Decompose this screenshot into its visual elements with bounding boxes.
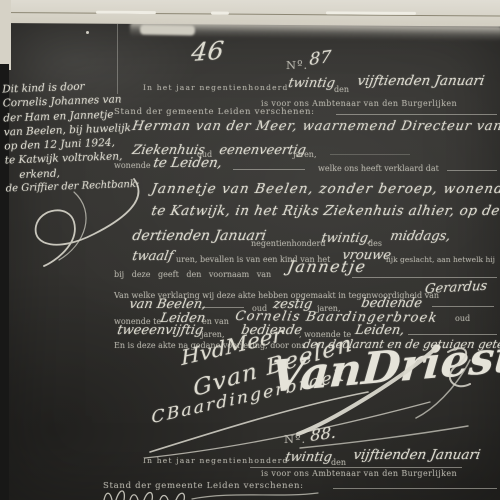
act1-stand-printed: Stand der gemeente Leiden verschenen: <box>114 107 315 117</box>
form-rule <box>233 169 305 170</box>
act1-wonende-printed: wonende <box>114 161 151 170</box>
act1-hour-hw: twaalf <box>131 249 174 264</box>
act1-den-printed: den <box>334 85 349 94</box>
act1-date-hw: vijftienden Januari <box>356 73 486 89</box>
form-rule <box>330 154 410 155</box>
act1-jaren-printed: jaren, <box>293 150 317 159</box>
form-rule <box>333 488 497 489</box>
act1-number-value: 87 <box>309 47 332 70</box>
act1-birthyear-hw: twintig, <box>320 231 373 246</box>
thread-glint <box>326 11 416 15</box>
form-rule <box>202 307 244 308</box>
thread-glint <box>96 11 156 14</box>
act2-number-value: 88. <box>310 423 337 445</box>
act1-year-printed: In het jaar negentienhonderd <box>143 83 289 92</box>
dust-speck <box>86 31 89 34</box>
cutoff-handwriting-strokes <box>100 489 340 500</box>
form-rule <box>447 170 497 171</box>
form-rule <box>336 114 497 115</box>
paper-edge-left <box>0 0 11 70</box>
act2-den-printed: den <box>331 458 346 467</box>
act1-childname-hw: Jannetje <box>286 257 368 276</box>
act1-birthdate-hw: dertienden Januari <box>131 228 267 244</box>
act1-year-hw: twintig <box>287 76 336 91</box>
act2-year-printed: In het jaar negentienhonderd <box>143 456 289 465</box>
act1-mother2-hw: te Katwijk, in het Rijks Ziekenhuis alhi… <box>150 203 500 219</box>
form-rule <box>250 467 462 468</box>
act1-envan-printed: en van <box>202 317 229 326</box>
act1-declarant-hw: Herman van der Meer, waarnemend Directeu… <box>131 119 500 134</box>
act1-oud3-printed: oud <box>455 314 470 323</box>
act1-verklaard-printed: welke ons heeft verklaard dat <box>318 164 439 173</box>
form-rule <box>432 306 494 307</box>
act1-number-label: Nº. <box>286 58 308 72</box>
edge-wear-streak <box>140 25 195 36</box>
act1-witness1b-hw: van Beelen, <box>128 297 208 312</box>
act1-occ1-hw: bediende <box>360 296 423 311</box>
thread-glint <box>211 12 229 15</box>
act2-year-hw: twintig <box>284 450 333 465</box>
form-rule <box>352 277 497 278</box>
act1-residence-hw: te Leiden, <box>152 155 223 171</box>
act1-voornaam-printed: bij deze geeft den voornaam van <box>114 270 271 279</box>
act2-official-printed: is voor ons Ambtenaar van den Burgerlijk… <box>261 469 457 478</box>
act1-geslacht-printed: lijk geslacht, aan hetwelk hij <box>386 255 495 264</box>
act1-mother-hw: Jannetje van Beelen, zonder beroep, wone… <box>150 181 500 197</box>
act1-birthyear-printed: negentienhonderd <box>251 239 325 248</box>
act2-number-label: Nº. <box>284 432 306 446</box>
binding-thread <box>0 12 500 17</box>
act1-des-printed: des <box>368 239 382 248</box>
birth-register-scan: 46 Nº. 87 Dit kind is door Cornelis Joha… <box>0 0 500 500</box>
sheet-number: 46 <box>190 36 225 67</box>
act1-daypart-hw: middags, <box>389 229 452 244</box>
act2-date-hw: vijftienden Januari <box>352 447 482 463</box>
